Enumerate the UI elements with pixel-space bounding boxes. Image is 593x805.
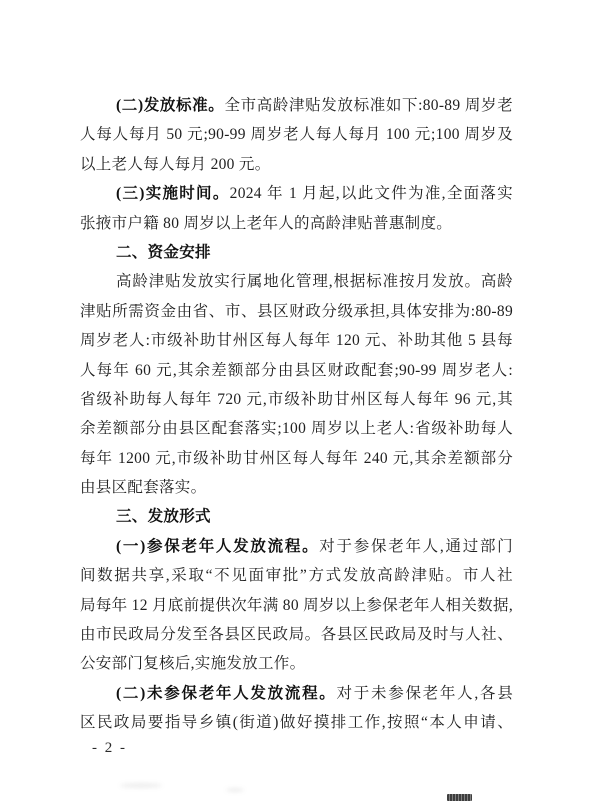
text-line: 局每年 12 月底前提供次年满 80 周岁以上参保老年人相关数据, [80,591,513,620]
line-text: 津贴所需资金由省、市、县区财政分级承担,具体安排为:80-89 [80,303,513,320]
text-line: 人每人每月 50 元;90-99 周岁老人每人每月 100 元;100 周岁及 [80,120,513,149]
corner-watermark [447,794,472,801]
scan-smudge [120,783,162,788]
line-text: 人每年 60 元,其余差额部分由县区财政配套;90-99 周岁老人: [80,362,513,379]
text-line: (一)参保老年人发放流程。对于参保老年人,通过部门 [80,532,513,561]
line-text: 每年 1200 元,市级补助甘州区每人每年 240 元,其余差额部分 [80,450,513,467]
section-heading-distribution: 三、发放形式 [80,502,513,531]
text-line: 公安部门复核后,实施发放工作。 [80,649,513,678]
clause-label: (二)未参保老年人发放流程。 [116,685,337,702]
document-page: (二)发放标准。全市高龄津贴发放标准如下:80-89 周岁老 人每人每月 50 … [0,0,593,805]
line-text: 省级补助每人每年 720 元,市级补助甘州区每人每年 96 元,其 [80,391,513,408]
text-line: 余差额部分由县区配套落实;100 周岁以上老人:省级补助每人 [80,414,513,443]
line-text: 2024 年 1 月起,以此文件为准,全面落实 [230,185,513,202]
section-heading-funding: 二、资金安排 [80,238,513,267]
text-line: 张掖市户籍 80 周岁以上老年人的高龄津贴普惠制度。 [80,209,513,238]
text-line: (三)实施时间。2024 年 1 月起,以此文件为准,全面落实 [80,179,513,208]
body-text: (二)发放标准。全市高龄津贴发放标准如下:80-89 周岁老 人每人每月 50 … [80,91,513,738]
text-line: 间数据共享,采取“不见面审批”方式发放高龄津贴。市人社 [80,561,513,590]
text-line: 由县区配套落实。 [80,473,513,502]
line-text: 人每人每月 50 元;90-99 周岁老人每人每月 100 元;100 周岁及 [80,126,513,143]
line-text: 张掖市户籍 80 周岁以上老年人的高龄津贴普惠制度。 [80,215,452,232]
line-text: 对于未参保老年人,各县 [337,685,513,702]
text-line: (二)未参保老年人发放流程。对于未参保老年人,各县 [80,679,513,708]
line-text: 局每年 12 月底前提供次年满 80 周岁以上参保老年人相关数据, [80,597,513,614]
text-line: 区民政局要指导乡镇(街道)做好摸排工作,按照“本人申请、 [80,708,513,737]
text-line: 省级补助每人每年 720 元,市级补助甘州区每人每年 96 元,其 [80,385,513,414]
page-number: - 2 - [92,740,127,757]
clause-label: (一)参保老年人发放流程。 [116,538,319,555]
line-text: 由县区配套落实。 [80,479,206,496]
text-line: 每年 1200 元,市级补助甘州区每人每年 240 元,其余差额部分 [80,444,513,473]
line-text: 周岁老人:市级补助甘州区每人每年 120 元、补助其他 5 县每 [80,332,513,349]
heading-text: 三、发放形式 [116,508,211,525]
line-text: 公安部门复核后,实施发放工作。 [80,655,305,672]
line-text: 间数据共享,采取“不见面审批”方式发放高龄津贴。市人社 [80,567,513,584]
line-text: 以上老人每人每月 200 元。 [80,156,271,173]
line-text: 余差额部分由县区配套落实;100 周岁以上老人:省级补助每人 [80,420,513,437]
heading-text: 二、资金安排 [116,244,211,261]
line-text: 高龄津贴发放实行属地化管理,根据标准按月发放。高龄 [116,273,513,290]
text-line: 人每年 60 元,其余差额部分由县区财政配套;90-99 周岁老人: [80,356,513,385]
text-line: 津贴所需资金由省、市、县区财政分级承担,具体安排为:80-89 [80,297,513,326]
line-text: 由市民政局分发至各县区民政局。各县区民政局及时与人社、 [80,626,513,643]
text-line: 周岁老人:市级补助甘州区每人每年 120 元、补助其他 5 县每 [80,326,513,355]
line-text: 区民政局要指导乡镇(街道)做好摸排工作,按照“本人申请、 [80,714,513,731]
text-line: 由市民政局分发至各县区民政局。各县区民政局及时与人社、 [80,620,513,649]
text-line: (二)发放标准。全市高龄津贴发放标准如下:80-89 周岁老 [80,91,513,120]
line-text: 对于参保老年人,通过部门 [319,538,513,555]
text-line: 以上老人每人每月 200 元。 [80,150,513,179]
clause-label: (三)实施时间。 [116,185,230,202]
line-text: 全市高龄津贴发放标准如下:80-89 周岁老 [224,97,513,114]
scan-smudge [226,788,244,792]
clause-label: (二)发放标准。 [116,97,224,114]
text-line: 高龄津贴发放实行属地化管理,根据标准按月发放。高龄 [80,267,513,296]
